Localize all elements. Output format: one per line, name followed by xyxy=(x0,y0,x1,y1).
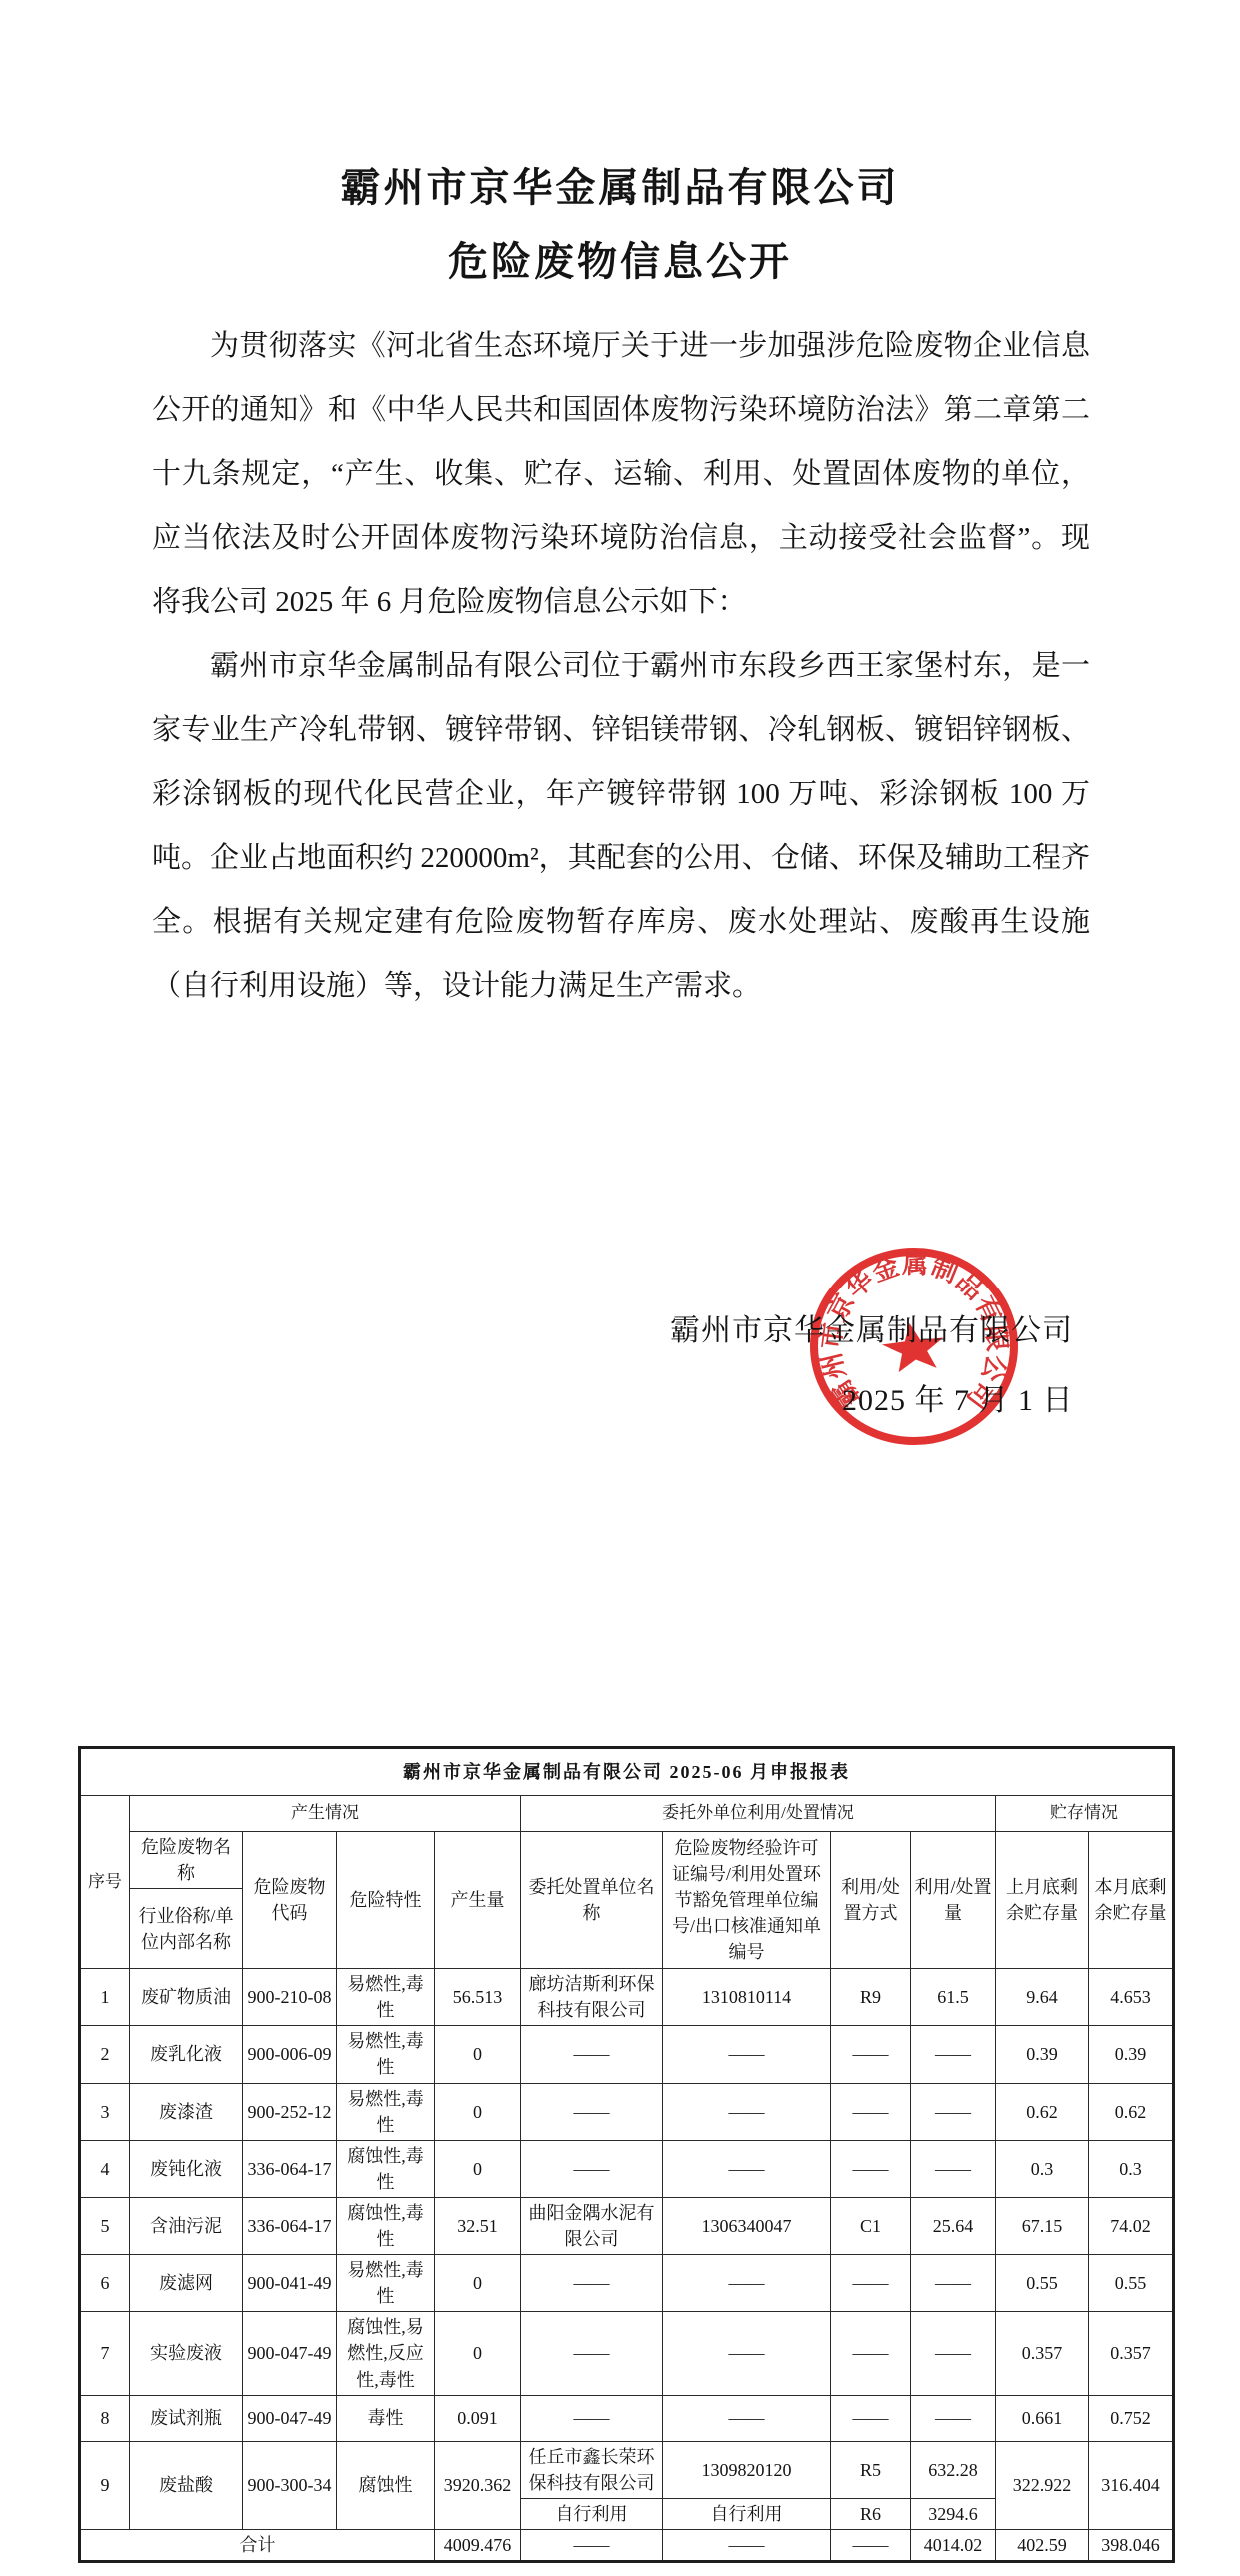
td-output: 3920.362 xyxy=(435,2441,521,2529)
td-permit: —— xyxy=(663,2026,831,2083)
td-permit: —— xyxy=(663,2312,831,2395)
td-code: 900-300-34 xyxy=(243,2441,337,2529)
td-output: 4009.476 xyxy=(435,2529,521,2561)
declaration-table: 霸州市京华金属制品有限公司 2025-06 月申报报表 序号 产生情况 委托外单… xyxy=(78,1746,1175,2563)
td-amount: —— xyxy=(911,2255,996,2312)
td-output: 0 xyxy=(435,2255,521,2312)
td-name: 废盐酸 xyxy=(130,2441,243,2529)
td-output: 56.513 xyxy=(435,1969,521,2026)
table-row: 7 实验废液 900-047-49 腐蚀性,易燃性,反应性,毒性 0 —— ——… xyxy=(80,2312,1174,2395)
group-header-row: 序号 产生情况 委托外单位利用/处置情况 贮存情况 xyxy=(80,1796,1174,1832)
td-current: 0.752 xyxy=(1089,2395,1174,2441)
td-output: 0 xyxy=(435,2083,521,2140)
header-this-month: 本月底剩余贮存量 xyxy=(1089,1832,1174,1969)
td-company: —— xyxy=(521,2083,663,2140)
td-index: 1 xyxy=(80,1969,130,2026)
td-output: 0 xyxy=(435,2312,521,2395)
td-amount: —— xyxy=(911,2026,996,2083)
td-permit: —— xyxy=(663,2529,831,2561)
td-company: —— xyxy=(521,2026,663,2083)
td-name: 废漆渣 xyxy=(130,2083,243,2140)
td-method: R5 xyxy=(831,2441,911,2498)
td-company: —— xyxy=(521,2140,663,2197)
td-hazard: 腐蚀性,毒性 xyxy=(337,2140,435,2197)
td-name: 含油污泥 xyxy=(130,2197,243,2254)
td-index: 8 xyxy=(80,2395,130,2441)
header-permit: 危险废物经验许可证编号/利用处置环节豁免管理单位编号/出口核准通知单编号 xyxy=(663,1832,831,1969)
header-common-name: 行业俗称/单位内部名称 xyxy=(130,1889,243,1969)
td-amount: —— xyxy=(911,2395,996,2441)
body-text: 为贯彻落实《河北省生态环境厅关于进一步加强涉危险废物企业信息公开的通知》和《中华… xyxy=(152,314,1090,1018)
td-method: —— xyxy=(831,2255,911,2312)
td-amount: 3294.6 xyxy=(911,2498,996,2529)
signature-company-name: 霸州市京华金属制品有限公司 xyxy=(670,1305,1073,1349)
td-name: 废滤网 xyxy=(130,2255,243,2312)
header-method: 利用/处置方式 xyxy=(831,1832,911,1969)
td-company: —— xyxy=(521,2312,663,2395)
td-current: 398.046 xyxy=(1089,2529,1174,2561)
td-method: —— xyxy=(831,2026,911,2083)
header-last-month: 上月底剩余贮存量 xyxy=(996,1832,1089,1969)
td-last: 322.922 xyxy=(996,2441,1089,2529)
td-last: 402.59 xyxy=(996,2529,1089,2561)
td-index: 2 xyxy=(80,2026,130,2083)
td-hazard: 易燃性,毒性 xyxy=(337,1969,435,2026)
td-hazard: 易燃性,毒性 xyxy=(337,2083,435,2140)
td-name: 实验废液 xyxy=(130,2312,243,2395)
td-current: 0.55 xyxy=(1089,2255,1174,2312)
header-row-main: 危险废物名称 危险废物代码 危险特性 产生量 委托处置单位名称 危险废物经验许可… xyxy=(80,1832,1174,1889)
doc-title-line2: 危险废物信息公开 xyxy=(0,230,1240,287)
td-code: 336-064-17 xyxy=(243,2197,337,2254)
table-row: 4 废钝化液 336-064-17 腐蚀性,毒性 0 —— —— —— —— 0… xyxy=(80,2140,1174,2197)
td-hazard: 腐蚀性 xyxy=(337,2441,435,2529)
td-current: 0.357 xyxy=(1089,2312,1174,2395)
table-row: 3 废漆渣 900-252-12 易燃性,毒性 0 —— —— —— —— 0.… xyxy=(80,2083,1174,2140)
header-amount: 利用/处置量 xyxy=(911,1832,996,1969)
td-permit: 1309820120 xyxy=(663,2441,831,2498)
td-amount: 4014.02 xyxy=(911,2529,996,2561)
td-code: 900-047-49 xyxy=(243,2312,337,2395)
td-code: 900-041-49 xyxy=(243,2255,337,2312)
td-name: 废试剂瓶 xyxy=(130,2395,243,2441)
td-name: 废矿物质油 xyxy=(130,1969,243,2026)
td-index: 7 xyxy=(80,2312,130,2395)
table-title-row: 霸州市京华金属制品有限公司 2025-06 月申报报表 xyxy=(80,1748,1174,1796)
td-permit: 1306340047 xyxy=(663,2197,831,2254)
td-method: —— xyxy=(831,2395,911,2441)
header-output: 产生量 xyxy=(435,1832,521,1969)
td-code: 336-064-17 xyxy=(243,2140,337,2197)
header-waste-name: 危险废物名称 xyxy=(130,1832,243,1889)
td-last: 67.15 xyxy=(996,2197,1089,2254)
td-index: 4 xyxy=(80,2140,130,2197)
group-produce: 产生情况 xyxy=(130,1796,521,1832)
td-method: —— xyxy=(831,2529,911,2561)
td-amount: —— xyxy=(911,2312,996,2395)
header-waste-code: 危险废物代码 xyxy=(243,1832,337,1969)
td-company: 廊坊洁斯利环保科技有限公司 xyxy=(521,1969,663,2026)
table-row: 2 废乳化液 900-006-09 易燃性,毒性 0 —— —— —— —— 0… xyxy=(80,2026,1174,2083)
table-total-row: 合计 4009.476 —— —— —— 4014.02 402.59 398.… xyxy=(80,2529,1174,2561)
td-code: 900-006-09 xyxy=(243,2026,337,2083)
doc-title-line1: 霸州市京华金属制品有限公司 xyxy=(0,156,1240,213)
td-method: —— xyxy=(831,2140,911,2197)
document-page: 霸州市京华金属制品有限公司 危险废物信息公开 为贯彻落实《河北省生态环境厅关于进… xyxy=(0,0,1240,2576)
td-last: 0.661 xyxy=(996,2395,1089,2441)
td-code: 900-210-08 xyxy=(243,1969,337,2026)
table-title: 霸州市京华金属制品有限公司 2025-06 月申报报表 xyxy=(80,1748,1174,1796)
table-row: 5 含油污泥 336-064-17 腐蚀性,毒性 32.51 曲阳金隅水泥有限公… xyxy=(80,2197,1174,2254)
td-output: 0 xyxy=(435,2140,521,2197)
td-method: R9 xyxy=(831,1969,911,2026)
td-current: 0.3 xyxy=(1089,2140,1174,2197)
td-permit: —— xyxy=(663,2083,831,2140)
td-name: 废钝化液 xyxy=(130,2140,243,2197)
td-hazard: 易燃性,毒性 xyxy=(337,2255,435,2312)
td-last: 0.3 xyxy=(996,2140,1089,2197)
td-company: 自行利用 xyxy=(521,2498,663,2529)
td-total-label: 合计 xyxy=(80,2529,435,2561)
td-name: 废乳化液 xyxy=(130,2026,243,2083)
td-method: C1 xyxy=(831,2197,911,2254)
td-permit: —— xyxy=(663,2395,831,2441)
td-current: 0.39 xyxy=(1089,2026,1174,2083)
header-hazard: 危险特性 xyxy=(337,1832,435,1969)
td-company: —— xyxy=(521,2529,663,2561)
td-current: 0.62 xyxy=(1089,2083,1174,2140)
group-entrust: 委托外单位利用/处置情况 xyxy=(521,1796,996,1832)
header-disposal-company: 委托处置单位名称 xyxy=(521,1832,663,1969)
td-code: 900-252-12 xyxy=(243,2083,337,2140)
header-index: 序号 xyxy=(80,1796,130,1969)
td-output: 32.51 xyxy=(435,2197,521,2254)
td-amount: —— xyxy=(911,2140,996,2197)
td-amount: 61.5 xyxy=(911,1969,996,2026)
td-permit: 自行利用 xyxy=(663,2498,831,2529)
td-permit: —— xyxy=(663,2255,831,2312)
td-company: —— xyxy=(521,2395,663,2441)
td-permit: —— xyxy=(663,2140,831,2197)
paragraph-company-intro: 霸州市京华金属制品有限公司位于霸州市东段乡西王家堡村东，是一家专业生产冷轧带钢、… xyxy=(152,634,1090,1018)
td-hazard: 易燃性,毒性 xyxy=(337,2026,435,2083)
td-last: 0.357 xyxy=(996,2312,1089,2395)
td-output: 0.091 xyxy=(435,2395,521,2441)
group-storage: 贮存情况 xyxy=(996,1796,1174,1832)
td-index: 9 xyxy=(80,2441,130,2529)
td-amount: 25.64 xyxy=(911,2197,996,2254)
td-method: —— xyxy=(831,2312,911,2395)
table-row: 6 废滤网 900-041-49 易燃性,毒性 0 —— —— —— —— 0.… xyxy=(80,2255,1174,2312)
td-last: 0.62 xyxy=(996,2083,1089,2140)
td-hazard: 毒性 xyxy=(337,2395,435,2441)
td-last: 0.39 xyxy=(996,2026,1089,2083)
td-company: 曲阳金隅水泥有限公司 xyxy=(521,2197,663,2254)
td-index: 5 xyxy=(80,2197,130,2254)
table-row: 8 废试剂瓶 900-047-49 毒性 0.091 —— —— —— —— 0… xyxy=(80,2395,1174,2441)
td-method: —— xyxy=(831,2083,911,2140)
td-amount: —— xyxy=(911,2083,996,2140)
td-current: 4.653 xyxy=(1089,1969,1174,2026)
table-row: 9 废盐酸 900-300-34 腐蚀性 3920.362 任丘市鑫长荣环保科技… xyxy=(80,2441,1174,2498)
table-row: 1 废矿物质油 900-210-08 易燃性,毒性 56.513 廊坊洁斯利环保… xyxy=(80,1969,1174,2026)
td-amount: 632.28 xyxy=(911,2441,996,2498)
td-code: 900-047-49 xyxy=(243,2395,337,2441)
td-hazard: 腐蚀性,毒性 xyxy=(337,2197,435,2254)
td-current: 74.02 xyxy=(1089,2197,1174,2254)
td-method: R6 xyxy=(831,2498,911,2529)
td-current: 316.404 xyxy=(1089,2441,1174,2529)
td-company: 任丘市鑫长荣环保科技有限公司 xyxy=(521,2441,663,2498)
td-company: —— xyxy=(521,2255,663,2312)
td-hazard: 腐蚀性,易燃性,反应性,毒性 xyxy=(337,2312,435,2395)
td-last: 9.64 xyxy=(996,1969,1089,2026)
td-output: 0 xyxy=(435,2026,521,2083)
td-last: 0.55 xyxy=(996,2255,1089,2312)
signature-date: 2025 年 7 月 1 日 xyxy=(842,1375,1074,1419)
td-index: 3 xyxy=(80,2083,130,2140)
paragraph-policy: 为贯彻落实《河北省生态环境厅关于进一步加强涉危险废物企业信息公开的通知》和《中华… xyxy=(152,314,1090,634)
td-index: 6 xyxy=(80,2255,130,2312)
td-permit: 1310810114 xyxy=(663,1969,831,2026)
